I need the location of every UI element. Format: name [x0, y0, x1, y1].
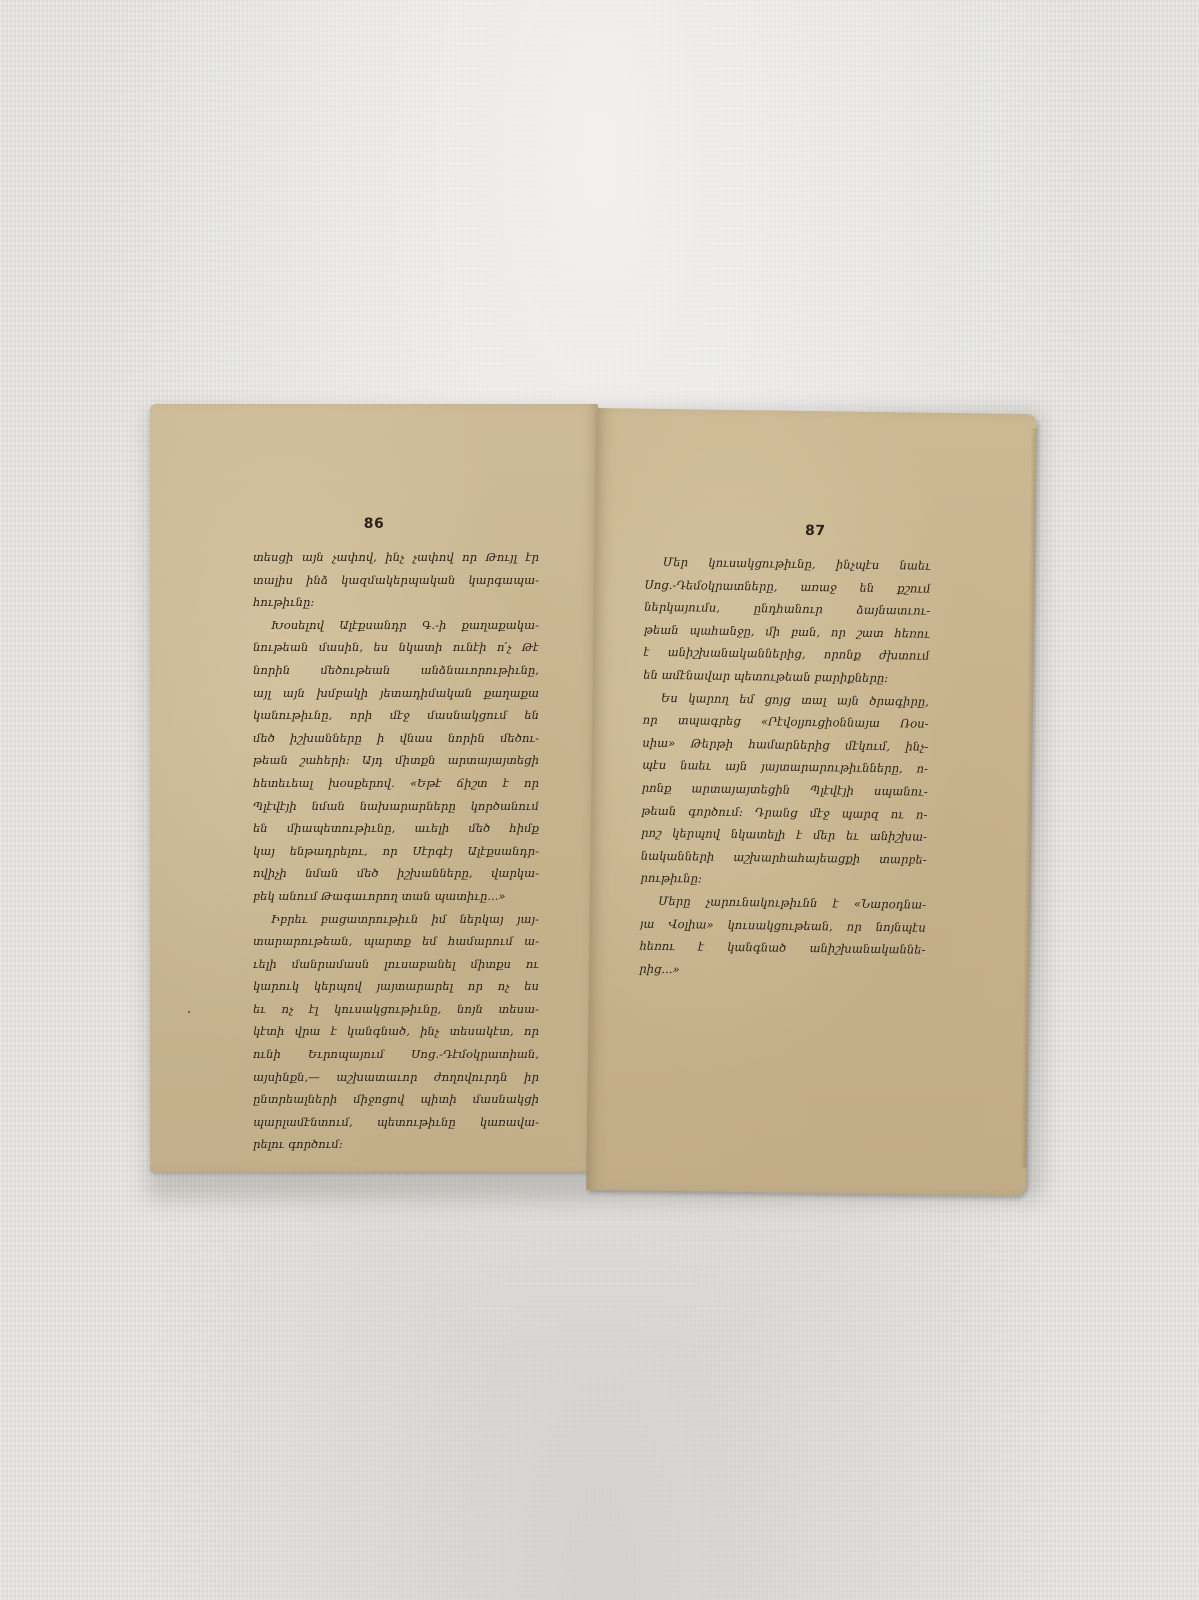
text-line: Պլէվէյի նման նախարարները կործանում: [253, 795, 539, 818]
text-line: այսինքն,— աշխատաւոր ժողովուրդն իր: [253, 1066, 539, 1089]
ink-speck: [188, 1011, 190, 1013]
text-line: այլ այն խմբակի յետադիմական քաղաքա: [253, 682, 539, 705]
page-number-right: 87: [595, 520, 1035, 542]
text-line: մեծ իշխանները ի վնաս նորին մեծու-: [253, 727, 539, 750]
page-number-left: 86: [150, 516, 598, 532]
text-line: րից...»: [639, 957, 925, 984]
text-line: ունի Եւրոպայում Սոց.-Դէմօկրատիան,: [253, 1043, 539, 1066]
text-line: տեսցի այն չափով, ինչ չափով որ Թույլ էր: [253, 546, 539, 569]
text-line: տարարութեան, պարտք եմ համարում ա-: [253, 930, 539, 953]
text-line: նութեան մասին, ես նկատի ունէի ո՛չ Թէ: [253, 636, 539, 659]
text-line: կէտի վրա է կանգնած, ինչ տեսակէտ, որ: [253, 1020, 539, 1043]
left-page-text: տեսցի այն չափով, ինչ չափով որ Թույլ էրտա…: [253, 546, 539, 1156]
text-line: Մերը չարունակութիւնն է «Նարօդնա-: [640, 890, 926, 917]
text-line: պարլամէնտում, պետութիւնը կառավա-: [253, 1111, 539, 1134]
text-line: րելու գործում:: [253, 1133, 539, 1156]
text-line: են միապետութիւնը, աւելի մեծ հիմք: [253, 817, 539, 840]
right-page-text: Մեր կուսակցութիւնը, ինչպէս նաեւՍոց.-Դեմօ…: [639, 551, 931, 984]
text-line: կայ ենթադրելու, որ Սէրգէյ Ալէքսանդր-: [253, 840, 539, 863]
left-page: 86 տեսցի այն չափով, ինչ չափով որ Թույլ է…: [150, 404, 598, 1172]
text-line: հեռու է կանգնած անիշխանականնե-: [639, 935, 925, 962]
text-line: Իբրեւ բացատրութիւն իմ ներկայ յայ-: [253, 908, 539, 931]
text-line: կարուկ կերպով յայտարարել որ ոչ ես: [253, 975, 539, 998]
text-line: տալիս ինձ կազմակերպական կարգապա-: [253, 569, 539, 592]
text-line: թեան շահերի: Այդ միտքն արտայայտեցի: [253, 749, 539, 772]
text-line: հութիւնը:: [253, 591, 539, 614]
text-line: են ամէնավար պետութեան բարիքները:: [643, 664, 929, 691]
text-line: Խօսելով Ալէքսանդր Գ.-ի քաղաքակա-: [253, 614, 539, 637]
text-line: կանութիւնը, որի մէջ մասնակցում են: [253, 704, 539, 727]
text-line: բեկ անում Թագաւորող տան պատիւը...»: [253, 885, 539, 908]
text-line: նորին մեծութեան անձնաւորութիւնը,: [253, 659, 539, 682]
right-page: 87 Մեր կուսակցութիւնը, ինչպէս նաեւՍոց.-Դ…: [586, 408, 1037, 1196]
text-line: հետեւեալ խօսքերով. «Եթէ ճիշտ է որ: [253, 772, 539, 795]
text-line: ւելի մանրամասն լուսաբանել միտքս ու: [253, 953, 539, 976]
text-line: եւ ոչ էլ կուսակցութիւնը, նոյն տեսա-: [253, 998, 539, 1021]
text-line: ովիչի նման մեծ իշխանները, վարկա-: [253, 862, 539, 885]
text-line: ընտրեալների միջոցով պիտի մասնակցի: [253, 1088, 539, 1111]
text-line: րոնք արտայայտեցին Պլէվէյի սպանու-: [642, 777, 928, 804]
